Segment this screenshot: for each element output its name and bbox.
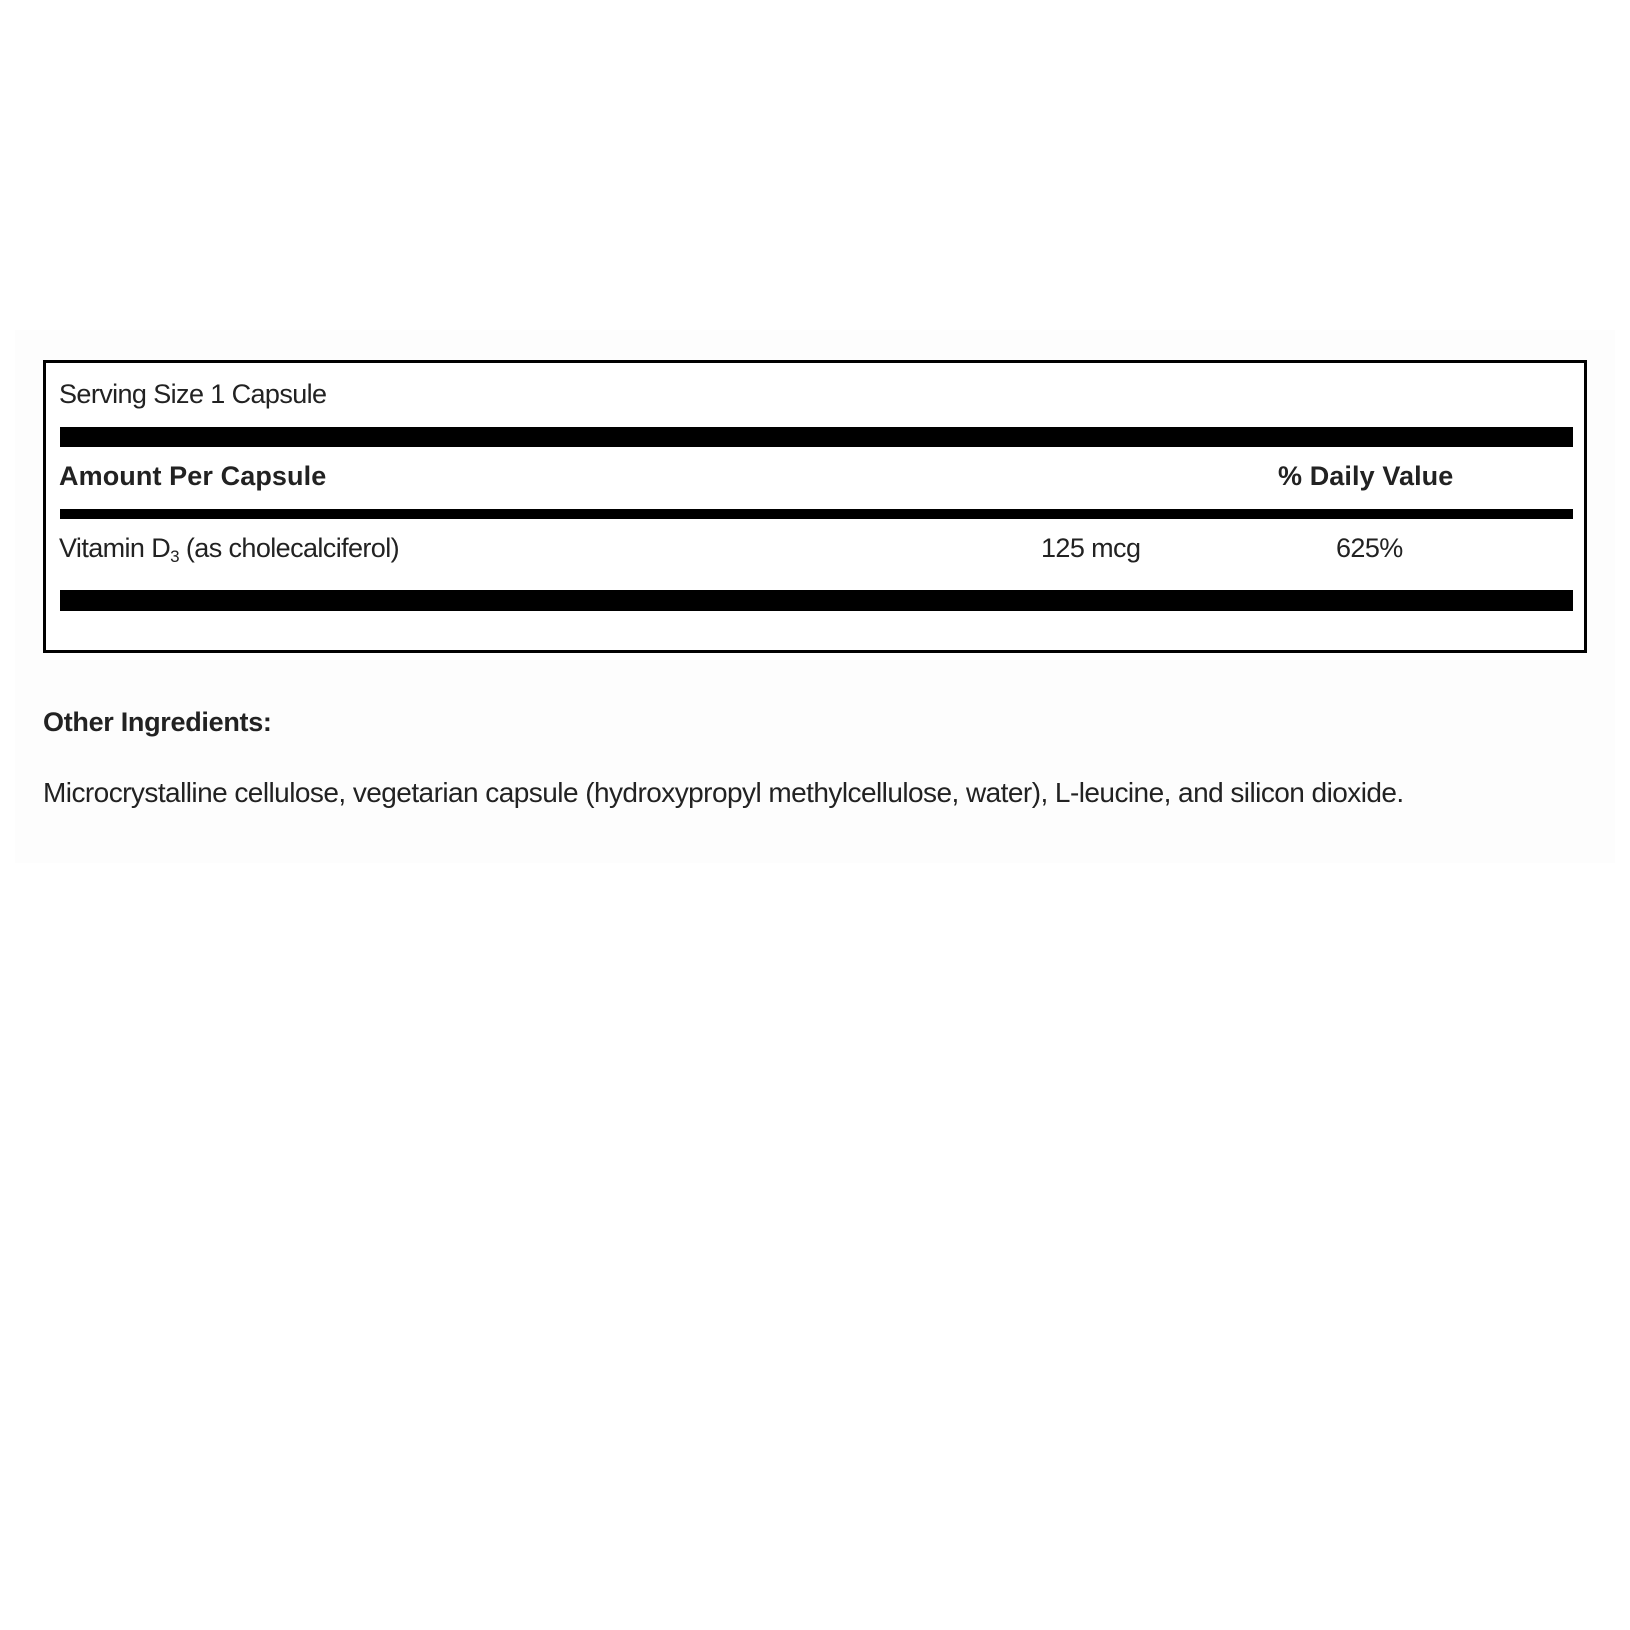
nutrient-name-subscript: 3 [170,547,179,566]
medium-divider-rule [60,509,1573,519]
nutrient-name-suffix: (as cholecalciferol) [179,533,399,563]
amount-per-capsule-header: Amount Per Capsule [59,461,326,492]
thick-divider-rule [60,427,1573,447]
nutrient-name: Vitamin D3 (as cholecalciferol) [59,533,399,564]
nutrient-daily-value: 625% [1336,533,1403,564]
nutrient-name-prefix: Vitamin D [59,533,170,563]
supplement-facts-table: Serving Size 1 Capsule Amount Per Capsul… [43,360,1587,653]
other-ingredients-text: Microcrystalline cellulose, vegetarian c… [43,777,1404,809]
serving-size: Serving Size 1 Capsule [59,379,326,410]
other-ingredients-title: Other Ingredients: [43,707,272,738]
thick-bottom-rule [60,590,1573,611]
daily-value-header: % Daily Value [1278,461,1453,492]
nutrient-amount: 125 mcg [1041,533,1140,564]
